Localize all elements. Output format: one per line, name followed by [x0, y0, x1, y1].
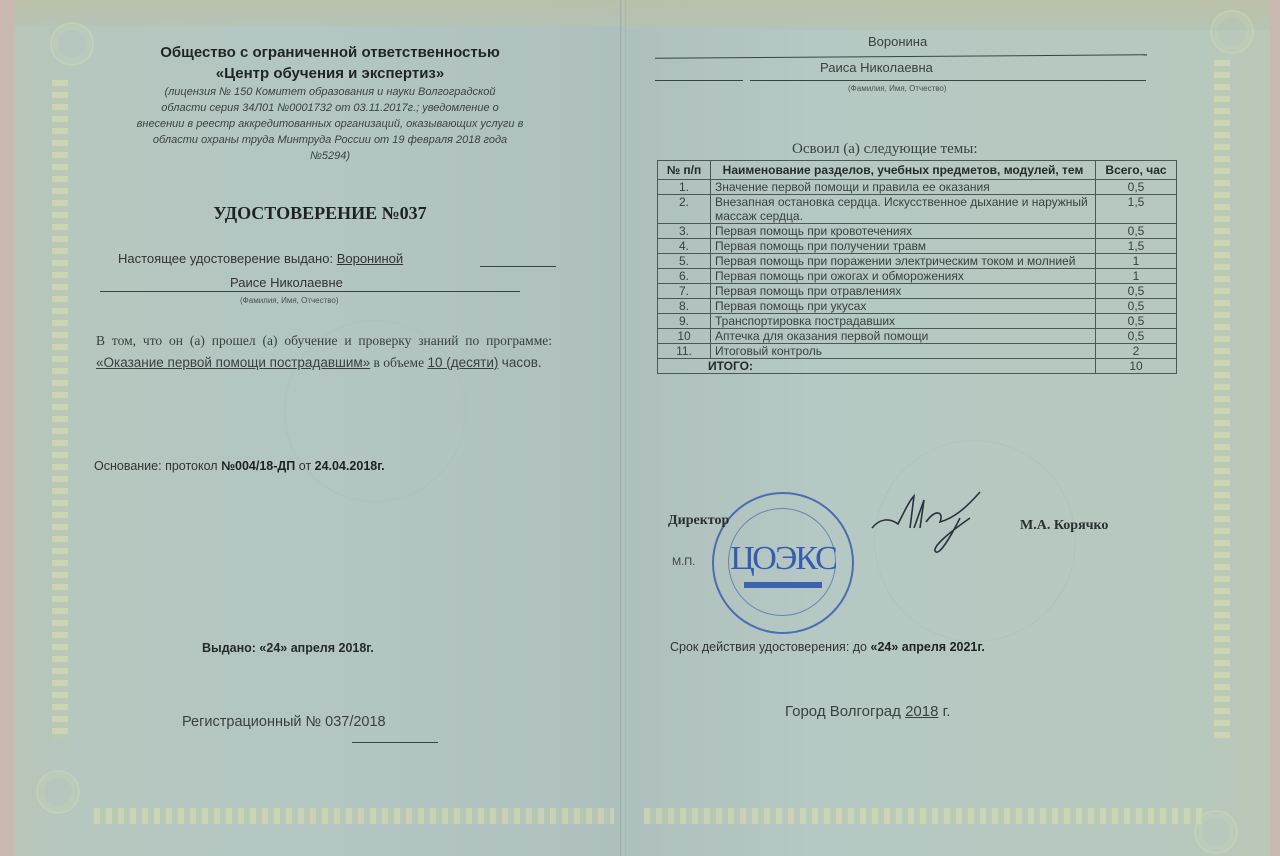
- certificate-title: УДОСТОВЕРЕНИЕ №037: [0, 203, 640, 224]
- row-hours: 1: [1096, 269, 1177, 284]
- row-hours: 0,5: [1096, 180, 1177, 195]
- stamp-logo: ЦОЭКС: [728, 540, 838, 578]
- row-topic: Первая помощь при поражении электрически…: [711, 254, 1096, 269]
- org-name-line: Общество с ограниченной ответственностью: [60, 42, 600, 63]
- official-stamp: ЦОЭКС: [712, 492, 854, 634]
- column-header-topic: Наименование разделов, учебных предметов…: [711, 161, 1096, 180]
- fio-hint: (Фамилия, Имя, Отчество): [240, 296, 339, 305]
- protocol-number: №004/18-ДП: [221, 459, 295, 473]
- license-info: (лицензия № 150 Комитет образования и на…: [100, 84, 560, 164]
- stamp-bar: [744, 582, 822, 588]
- rosette-ornament: [36, 770, 80, 814]
- row-number: 7.: [658, 284, 711, 299]
- license-line: области серия 34Л01 №0001732 от 03.11.20…: [100, 100, 560, 116]
- registration-label: Регистрационный №: [182, 714, 321, 730]
- program-name: «Оказание первой помощи пострадавшим»: [96, 355, 370, 370]
- organization-name: Общество с ограниченной ответственностью…: [60, 42, 600, 84]
- row-topic: Аптечка для оказания первой помощи: [711, 329, 1096, 344]
- underline: [750, 80, 1146, 81]
- recipient-surname: Воронина: [868, 34, 927, 49]
- row-topic: Первая помощь при укусах: [711, 299, 1096, 314]
- underline: [480, 266, 556, 267]
- issued-date: Выдано: «24» апреля 2018г.: [202, 641, 374, 655]
- row-topic: Итоговый контроль: [711, 344, 1096, 359]
- table-row: 10Аптечка для оказания первой помощи0,5: [658, 329, 1177, 344]
- validity-label: Срок действия удостоверения: до: [670, 640, 867, 654]
- validity-date: «24» апреля 2021г.: [871, 640, 985, 654]
- page-edge-strip: [624, 0, 1270, 30]
- paragraph-text: в объеме: [374, 355, 425, 370]
- license-line: №5294): [100, 148, 560, 164]
- paragraph-text: часов.: [502, 355, 542, 370]
- city-suffix: г.: [943, 703, 951, 720]
- license-line: (лицензия № 150 Комитет образования и на…: [100, 84, 560, 100]
- issued-to-line: Настоящее удостоверение выдано: Воронино…: [118, 251, 403, 266]
- registration-number: Регистрационный № 037/2018: [182, 714, 386, 730]
- row-number: 8.: [658, 299, 711, 314]
- topics-table: № п/п Наименование разделов, учебных пре…: [657, 160, 1177, 374]
- recipient-name: Раиса Николаевна: [820, 60, 933, 75]
- rosette-ornament: [1194, 810, 1238, 854]
- table-row: 9.Транспортировка пострадавших0,5: [658, 314, 1177, 329]
- city-name: Город Волгоград: [785, 703, 901, 720]
- issued-to-label: Настоящее удостоверение выдано:: [118, 251, 333, 266]
- org-name-line: «Центр обучения и экспертиз»: [60, 63, 600, 84]
- table-row: 1.Значение первой помощи и правила ее ок…: [658, 180, 1177, 195]
- issued-to-name: Раисе Николаевне: [230, 275, 343, 290]
- training-paragraph: В том, что он (а) прошел (а) обучение и …: [96, 330, 552, 374]
- row-number: 11.: [658, 344, 711, 359]
- table-total-row: ИТОГО:10: [658, 359, 1177, 374]
- row-number: 9.: [658, 314, 711, 329]
- row-topic: Первая помощь при отравлениях: [711, 284, 1096, 299]
- row-hours: 0,5: [1096, 224, 1177, 239]
- topics-table-body: 1.Значение первой помощи и правила ее ок…: [658, 180, 1177, 374]
- row-hours: 0,5: [1096, 284, 1177, 299]
- row-hours: 2: [1096, 344, 1177, 359]
- row-number: 1.: [658, 180, 711, 195]
- row-number: 3.: [658, 224, 711, 239]
- row-hours: 1,5: [1096, 239, 1177, 254]
- booklet-spine: [620, 0, 626, 856]
- row-hours: 0,5: [1096, 329, 1177, 344]
- row-topic: Первая помощь при ожогах и обморожениях: [711, 269, 1096, 284]
- row-topic: Внезапная остановка сердца. Искусственно…: [711, 195, 1096, 224]
- row-number: 2.: [658, 195, 711, 224]
- fio-hint: (Фамилия, Имя, Отчество): [848, 84, 947, 93]
- issued-to-surname: Ворониной: [337, 251, 403, 266]
- underline: [100, 291, 520, 292]
- underline: [352, 742, 438, 743]
- license-line: внесении в реестр аккредитованных органи…: [100, 116, 560, 132]
- table-row: 6.Первая помощь при ожогах и обморожения…: [658, 269, 1177, 284]
- row-topic: Первая помощь при получении травм: [711, 239, 1096, 254]
- guilloche-border: [52, 80, 68, 740]
- row-topic: Транспортировка пострадавших: [711, 314, 1096, 329]
- table-row: 5.Первая помощь при поражении электричес…: [658, 254, 1177, 269]
- row-topic: Значение первой помощи и правила ее оказ…: [711, 180, 1096, 195]
- basis-line: Основание: протокол №004/18-ДП от 24.04.…: [94, 459, 385, 473]
- rosette-ornament: [1210, 10, 1254, 54]
- row-hours: 1: [1096, 254, 1177, 269]
- director-label: Директор: [668, 513, 729, 529]
- table-header-row: № п/п Наименование разделов, учебных пре…: [658, 161, 1177, 180]
- license-line: области охраны труда Минтруда России от …: [100, 132, 560, 148]
- page-edge-strip: [14, 0, 624, 26]
- table-row: 2.Внезапная остановка сердца. Искусствен…: [658, 195, 1177, 224]
- row-hours: 0,5: [1096, 299, 1177, 314]
- table-row: 11.Итоговый контроль2: [658, 344, 1177, 359]
- row-number: 10: [658, 329, 711, 344]
- director-name: М.А. Корячко: [1020, 518, 1108, 534]
- row-hours: 0,5: [1096, 314, 1177, 329]
- column-header-hours: Всего, час: [1096, 161, 1177, 180]
- city-line: Город Волгоград 2018 г.: [785, 703, 950, 720]
- row-number: 4.: [658, 239, 711, 254]
- row-number: 6.: [658, 269, 711, 284]
- basis-from: от: [299, 459, 311, 473]
- validity-line: Срок действия удостоверения: до «24» апр…: [670, 640, 985, 654]
- protocol-date: 24.04.2018г.: [315, 459, 385, 473]
- table-row: 8.Первая помощь при укусах0,5: [658, 299, 1177, 314]
- stamp-place-label: М.П.: [672, 556, 695, 568]
- training-volume: 10 (десяти): [427, 355, 498, 370]
- table-row: 4.Первая помощь при получении травм1,5: [658, 239, 1177, 254]
- guilloche-border: [94, 808, 614, 824]
- row-hours: 1,5: [1096, 195, 1177, 224]
- underline: [655, 80, 743, 81]
- total-value: 10: [1096, 359, 1177, 374]
- basis-label: Основание: протокол: [94, 459, 218, 473]
- table-row: 7.Первая помощь при отравлениях0,5: [658, 284, 1177, 299]
- row-topic: Первая помощь при кровотечениях: [711, 224, 1096, 239]
- guilloche-border: [644, 808, 1204, 824]
- row-number: 5.: [658, 254, 711, 269]
- paragraph-text: В том, что он (а) прошел (а) обучение и …: [96, 333, 552, 348]
- mastered-topics-label: Освоил (а) следующие темы:: [792, 141, 978, 158]
- table-row: 3.Первая помощь при кровотечениях0,5: [658, 224, 1177, 239]
- city-year: 2018: [905, 703, 938, 720]
- column-header-number: № п/п: [658, 161, 711, 180]
- total-label: ИТОГО:: [658, 359, 1096, 374]
- guilloche-border: [1214, 60, 1230, 740]
- registration-value: 037/2018: [325, 714, 385, 730]
- certificate-right-page: [624, 0, 1270, 856]
- signature-icon: [870, 488, 1010, 558]
